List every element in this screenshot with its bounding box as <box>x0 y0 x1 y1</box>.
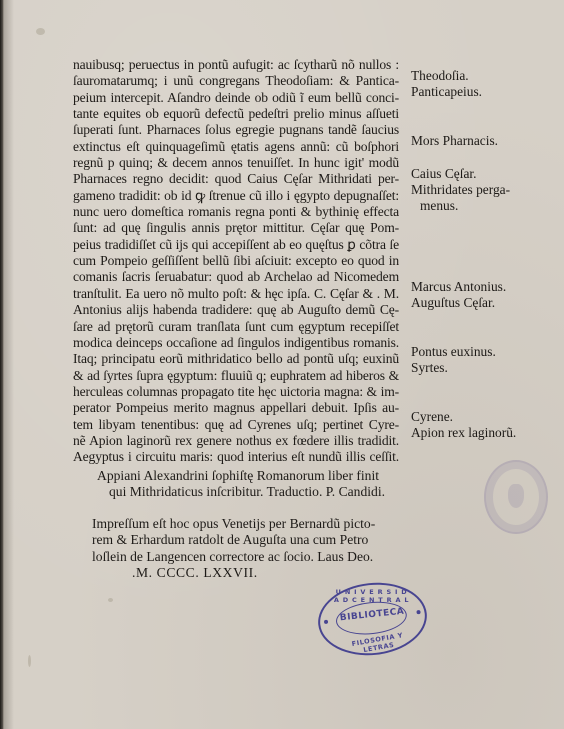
sidenote-wrap: menus. <box>411 198 458 214</box>
text-line: ſuperati ſunt. Pharnaces ſolus egregie p… <box>73 122 399 138</box>
text-line: Aegyptus i circuitu maris: quod interius… <box>73 449 399 465</box>
text-line: & ad ſyrtes ſupra ęgyptum: fluuiũ q; eup… <box>73 368 399 384</box>
printer-imprint: Impreſſum eſt hoc opus Venetijs per Bern… <box>92 516 392 581</box>
library-stamp-faded <box>484 460 548 534</box>
sidenote: Pontus euxinus. <box>411 344 496 360</box>
sidenote: Caius Cęſar. <box>411 166 476 182</box>
foxing-spot <box>36 28 45 35</box>
sidenote: Panticapeius. <box>411 84 482 100</box>
sidenote: Auguſtus Cęſar. <box>411 295 495 311</box>
text-line: Antonius alijs habenda tradidere: quę ab… <box>73 302 399 318</box>
text-line: gameno tradidit: ob id ꝙ ſtrenue cũ illo… <box>73 188 399 204</box>
text-line: cum Pompeio geſſiſſent bellũ ſibi aſciui… <box>73 253 399 269</box>
text-line: peium intercepit. Aſandro deinde ob odiũ… <box>73 90 399 106</box>
foxing-spot <box>28 655 31 667</box>
text-line: peius tradidiſſet cũ ijs qui accepiſſent… <box>73 237 399 253</box>
sidenote: Cyrene. <box>411 409 453 425</box>
stamp-bottom-text: FILOSOFIA Y LETRAS <box>340 629 417 658</box>
coat-of-arms-icon <box>508 484 524 508</box>
sidenote: menus. <box>411 198 458 213</box>
colophon-line: Appiani Alexandrini ſophiſtę Romanorum l… <box>97 468 387 484</box>
text-line: nauibusq; peruectus in pontũ aufugit: ac… <box>73 57 399 73</box>
text-line: ſauromatarumq; i unũ congregans Theodoſi… <box>73 73 399 89</box>
text-line: ſare ad prętorũ curam tranſlata ſunt cum… <box>73 319 399 335</box>
text-line: ſunt: ad quę ſingulis annis prętor mitti… <box>73 220 399 236</box>
text-line: tranſtulit. Ea uero nõ multo poſt: & hęc… <box>73 286 399 302</box>
imprint-date: .M. CCCC. LXXVII. <box>92 565 392 581</box>
text-line: perator Pompeius merito magnus appellari… <box>73 400 399 416</box>
text-line: comanis ſacris ſeruabatur: quod ab Arche… <box>73 269 399 285</box>
imprint-line: loſlein de Langencen correctore ac ſocio… <box>92 549 392 565</box>
colophon-line: qui Mithridaticus inſcribitur. Traductio… <box>97 484 387 500</box>
library-stamp-biblioteca: U N I V E R S I D A D C E N T R A L BIBL… <box>315 578 431 661</box>
sidenote: Theodoſia. <box>411 68 469 84</box>
text-line: extinctus eſt quinquageſimũ ętatis agens… <box>73 139 399 155</box>
foxing-spot <box>108 598 113 602</box>
imprint-line: rem & Erhardum ratdolt de Auguſta una cu… <box>92 532 392 548</box>
text-line: regnũ p quinq; & decem annos tenuiſſet. … <box>73 155 399 171</box>
main-text-block: nauibusq; peruectus in pontũ aufugit: ac… <box>73 57 399 466</box>
text-line: Pharnaces regno decidit: quod Caius Cęſa… <box>73 171 399 187</box>
text-line: herculeas columnas propagato tite hęc ui… <box>73 384 399 400</box>
sidenote: Mithridates perga- <box>411 182 510 198</box>
text-line: nẽ Apion laginorũ rex genere nothus ex f… <box>73 433 399 449</box>
sidenote: Marcus Antonius. <box>411 279 506 295</box>
book-page: nauibusq; peruectus in pontũ aufugit: ac… <box>0 0 564 729</box>
text-line: Itaq; principatu eorũ mithridatico bello… <box>73 351 399 367</box>
text-line: nunc uero domeſtica romanis regna ponti … <box>73 204 399 220</box>
text-line: tante equites ob equorũ defectũ pedeſtri… <box>73 106 399 122</box>
sidenote: Mors Pharnacis. <box>411 133 498 149</box>
gutter-shadow <box>4 0 14 729</box>
colophon: Appiani Alexandrini ſophiſtę Romanorum l… <box>97 468 387 501</box>
text-line: modica deinceps occaſione ad ſingulos in… <box>73 335 399 351</box>
text-line: tem libyam tenentibus: quę ad Cyrenes uſ… <box>73 417 399 433</box>
imprint-line: Impreſſum eſt hoc opus Venetijs per Bern… <box>92 516 392 532</box>
sidenote: Apion rex laginorũ. <box>411 425 516 441</box>
sidenote: Syrtes. <box>411 360 448 376</box>
